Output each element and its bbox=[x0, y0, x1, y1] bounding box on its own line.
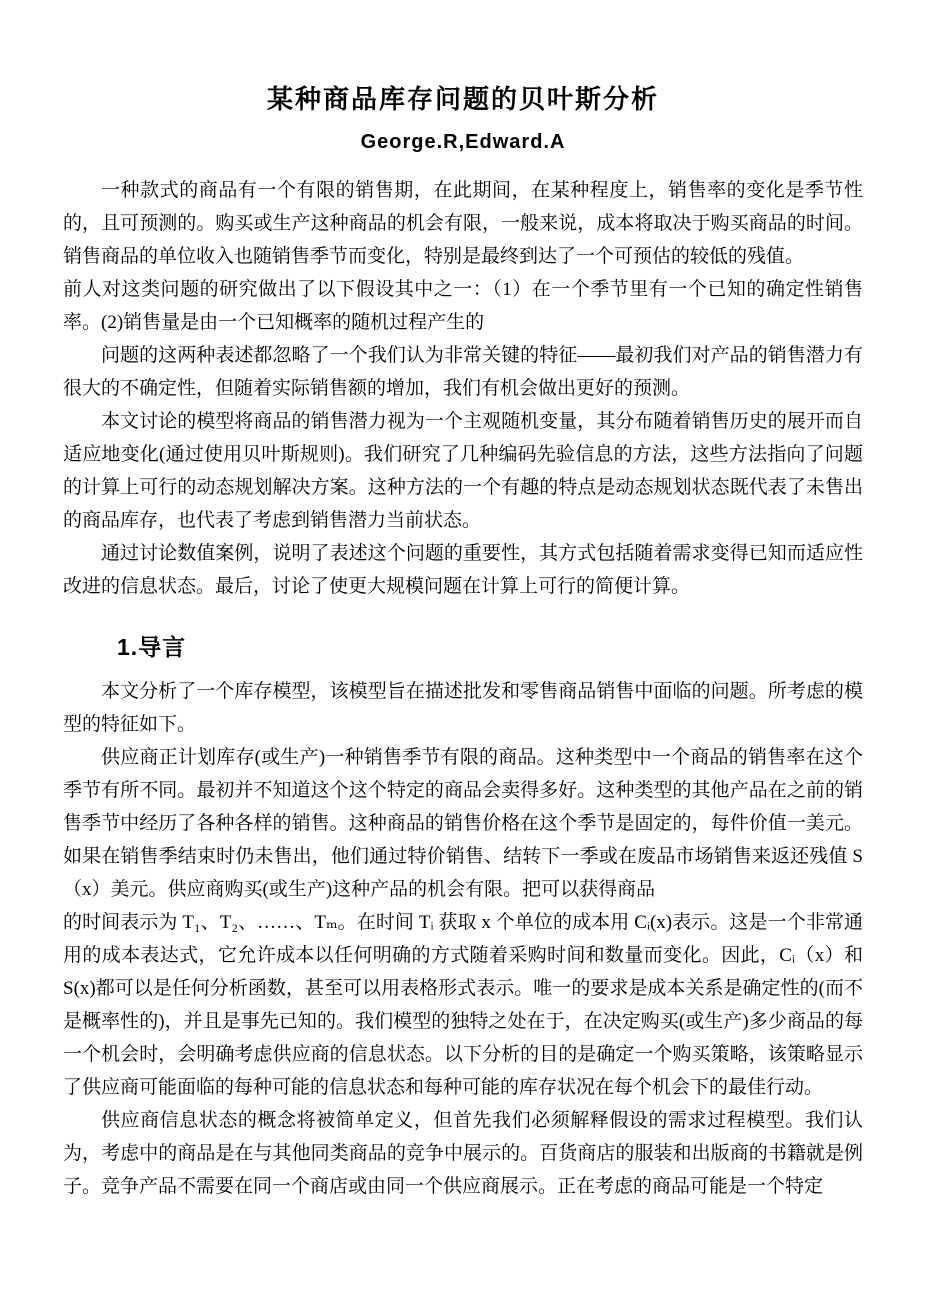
section-paragraph-3: 供应商信息状态的概念将被简单定义，但首先我们必须解释假设的需求过程模型。我们认为… bbox=[63, 1104, 863, 1203]
author-line: George.R,Edward.A bbox=[63, 130, 863, 154]
document-page: 某种商品库存问题的贝叶斯分析 George.R,Edward.A 一种款式的商品… bbox=[0, 0, 925, 1309]
section-paragraph-1: 本文分析了一个库存模型，该模型旨在描述批发和零售商品销售中面临的问题。所考虑的模… bbox=[63, 675, 863, 741]
abstract-paragraph-5: 通过讨论数值案例，说明了表述这个问题的重要性，其方式包括随着需求变得已知而适应性… bbox=[63, 537, 863, 603]
abstract-paragraph-3: 问题的这两种表述都忽略了一个我们认为非常关键的特征——最初我们对产品的销售潜力有… bbox=[63, 339, 863, 405]
abstract-paragraph-4: 本文讨论的模型将商品的销售潜力视为一个主观随机变量，其分布随着销售历史的展开而自… bbox=[63, 405, 863, 537]
abstract-paragraph-2: 前人对这类问题的研究做出了以下假设其中之一：（1）在一个季节里有一个已知的确定性… bbox=[63, 273, 863, 339]
section-paragraph-2: 供应商正计划库存(或生产)一种销售季节有限的商品。这种类型中一个商品的销售率在这… bbox=[63, 741, 863, 1104]
section-heading-introduction: 1.导言 bbox=[63, 633, 863, 661]
abstract-paragraph-1: 一种款式的商品有一个有限的销售期，在此期间，在某种程度上，销售率的变化是季节性的… bbox=[63, 174, 863, 273]
document-title: 某种商品库存问题的贝叶斯分析 bbox=[63, 84, 863, 114]
